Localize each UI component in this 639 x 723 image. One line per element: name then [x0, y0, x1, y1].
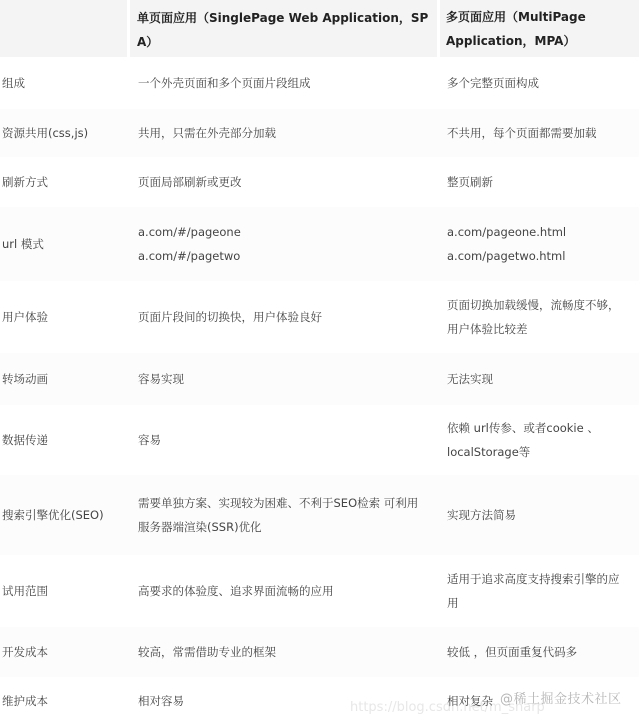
header-mpa: 多页面应用（MultiPage Application，MPA） [440, 0, 639, 57]
row-mpa-value: 依赖 url传参、或者cookie 、 localStorage等 [440, 405, 639, 475]
row-spa-value: 需要单独方案、实现较为困难、不利于SEO检索 可利用 服务器端渲染(SSR)优化 [130, 475, 440, 555]
row-mpa-value: a.com/pageone.html a.com/pagetwo.html [440, 207, 639, 281]
table-row-user-experience: 用户体验 页面片段间的切换快，用户体验良好 页面切换加载缓慢，流畅度不够， 用户… [0, 281, 639, 353]
header-spa: 单页面应用（SinglePage Web Application，SPA） [130, 0, 440, 57]
header-mpa-line1: 多页面应用（MultiPage [446, 5, 639, 29]
row-spa-value: 较高，常需借助专业的框架 [130, 627, 440, 677]
table-row-url-mode: url 模式 a.com/#/pageone a.com/#/pagetwo a… [0, 207, 639, 281]
table-row-transition-animation: 转场动画 容易实现 无法实现 [0, 353, 639, 405]
row-mpa-value: 较低 ，但页面重复代码多 [440, 627, 639, 677]
row-spa-value: 高要求的体验度、追求界面流畅的应用 [130, 555, 440, 627]
row-spa-value: 一个外壳页面和多个页面片段组成 [130, 57, 440, 109]
row-aspect: 组成 [0, 57, 130, 109]
table-row-refresh-mode: 刷新方式 页面局部刷新或更改 整页刷新 [0, 157, 639, 207]
table-row-seo: 搜索引擎优化(SEO) 需要单独方案、实现较为困难、不利于SEO检索 可利用 服… [0, 475, 639, 555]
row-aspect: 刷新方式 [0, 157, 130, 207]
row-mpa-value: 无法实现 [440, 353, 639, 405]
row-mpa-value: 不共用，每个页面都需要加载 [440, 109, 639, 157]
table-row-development-cost: 开发成本 较高，常需借助专业的框架 较低 ，但页面重复代码多 [0, 627, 639, 677]
header-spa-label: 单页面应用（SinglePage Web Application，SPA） [130, 4, 437, 54]
row-aspect: 搜索引擎优化(SEO) [0, 475, 130, 555]
spa-vs-mpa-comparison-table: 单页面应用（SinglePage Web Application，SPA） 多页… [0, 0, 639, 723]
row-aspect: url 模式 [0, 207, 130, 281]
row-mpa-value: 适用于追求高度支持搜索引擎的应 用 [440, 555, 639, 627]
row-spa-value: 容易实现 [130, 353, 440, 405]
row-aspect: 数据传递 [0, 405, 130, 475]
table-row-composition: 组成 一个外壳页面和多个页面片段组成 多个完整页面构成 [0, 57, 639, 109]
row-mpa-value: 实现方法简易 [440, 475, 639, 555]
row-spa-value: 页面片段间的切换快，用户体验良好 [130, 281, 440, 353]
row-mpa-value: 页面切换加载缓慢，流畅度不够， 用户体验比较差 [440, 281, 639, 353]
header-aspect [0, 0, 130, 57]
watermark: @稀土掘金技术社区 [500, 688, 622, 707]
row-aspect: 维护成本 [0, 677, 130, 723]
row-aspect: 开发成本 [0, 627, 130, 677]
row-spa-value: 容易 [130, 405, 440, 475]
row-mpa-value: 多个完整页面构成 [440, 57, 639, 109]
header-mpa-line2: Application，MPA） [446, 29, 639, 53]
row-aspect: 试用范围 [0, 555, 130, 627]
table-row-resource-sharing: 资源共用(css,js) 共用，只需在外壳部分加载 不共用，每个页面都需要加载 [0, 109, 639, 157]
row-spa-value: a.com/#/pageone a.com/#/pagetwo [130, 207, 440, 281]
row-aspect: 资源共用(css,js) [0, 109, 130, 157]
row-spa-value: 共用，只需在外壳部分加载 [130, 109, 440, 157]
table-row-data-passing: 数据传递 容易 依赖 url传参、或者cookie 、 localStorage… [0, 405, 639, 475]
row-mpa-value: 整页刷新 [440, 157, 639, 207]
table-header-row: 单页面应用（SinglePage Web Application，SPA） 多页… [0, 0, 639, 57]
row-spa-value: 页面局部刷新或更改 [130, 157, 440, 207]
row-aspect: 用户体验 [0, 281, 130, 353]
table-row-applicable-scope: 试用范围 高要求的体验度、追求界面流畅的应用 适用于追求高度支持搜索引擎的应 用 [0, 555, 639, 627]
row-aspect: 转场动画 [0, 353, 130, 405]
